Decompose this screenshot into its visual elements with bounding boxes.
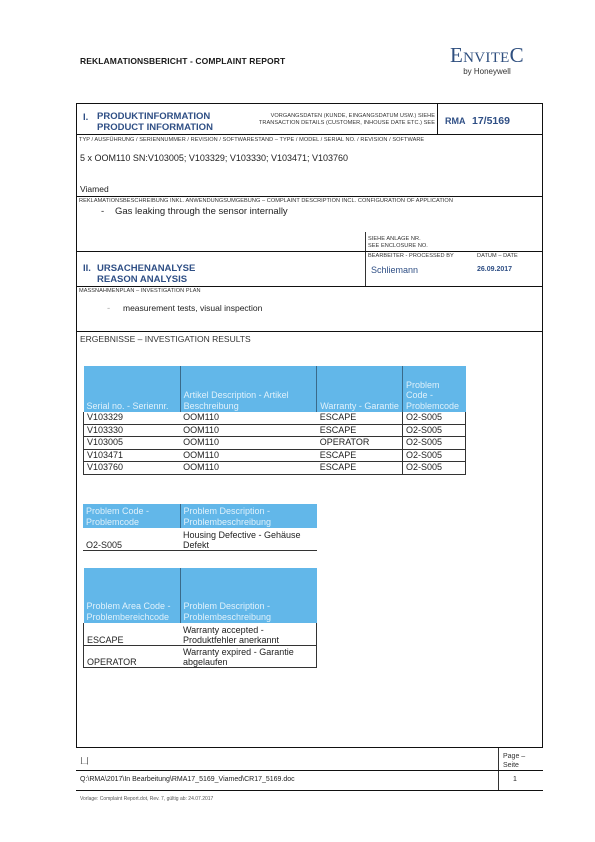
problem-area-header: Problem Area Code - Problembereichcode xyxy=(84,568,181,623)
problem-area-description-cell: Warranty expired - Garantie abgelaufen xyxy=(180,645,317,667)
divider xyxy=(77,331,542,332)
warranty-cell: ESCAPE xyxy=(317,462,403,475)
plan-label: MASSNAHMENPLAN – INVESTIGATION PLAN xyxy=(79,288,201,295)
problem-code-table: Problem Code - Problemcode Problem Descr… xyxy=(83,504,317,551)
problem-code-header-row: Problem Code - Problemcode Problem Descr… xyxy=(83,504,317,528)
problem-code-cell: O2-S005 xyxy=(403,437,466,450)
problem-area-description-cell: Warranty accepted - Produktfehler anerka… xyxy=(180,623,317,645)
problem-code-cell: O2-S005 xyxy=(403,412,466,424)
divider xyxy=(498,748,499,790)
footer-mark-icon: 凵 xyxy=(80,754,89,767)
section2-title-en: REASON ANALYSIS xyxy=(97,274,195,285)
file-path: Q:\RMA\2017\In Bearbeitung\RMA17_5169_Vi… xyxy=(80,776,295,783)
table-row: V103471 OOM110 ESCAPE O2-S005 xyxy=(84,449,466,462)
article-cell: OOM110 xyxy=(180,437,317,450)
problem-area-code-cell: ESCAPE xyxy=(84,623,181,645)
processed-by-value: Schliemann xyxy=(371,265,418,275)
article-cell: OOM110 xyxy=(180,424,317,437)
complaint-label: REKLAMATIONSBESCHREIBUNG INKL. ANWENDUNG… xyxy=(79,198,453,205)
problem-code-cell: O2-S005 xyxy=(83,528,180,550)
template-version: Vorlage: Complaint Report.dot, Rev. 7, g… xyxy=(80,796,213,802)
problem-area-table: Problem Area Code - Problembereichcode P… xyxy=(83,568,317,668)
section1-title: PRODUKTINFORMATION PRODUCT INFORMATION xyxy=(97,111,213,133)
divider xyxy=(77,196,542,197)
problem-area-code-cell: OPERATOR xyxy=(84,645,181,667)
serial-cell: V103471 xyxy=(84,449,181,462)
section2-number: II. xyxy=(83,263,91,274)
divider xyxy=(77,286,542,287)
warranty-cell: ESCAPE xyxy=(317,424,403,437)
table-row: V103760 OOM110 ESCAPE O2-S005 xyxy=(84,462,466,475)
problem-code-cell: O2-S005 xyxy=(403,462,466,475)
type-label: TYP / AUSFÜHRUNG / SERIENNUMMER / REVISI… xyxy=(79,137,424,144)
table-row: ESCAPE Warranty accepted - Produktfehler… xyxy=(84,623,317,645)
table-row: V103329 OOM110 ESCAPE O2-S005 xyxy=(84,412,466,424)
section2-title-de: URSACHENANALYSE xyxy=(97,263,195,274)
enclosure-label: SIEHE ANLAGE NR. SEE ENCLOSURE NO. xyxy=(368,236,428,250)
article-cell: OOM110 xyxy=(180,462,317,475)
rma-label: RMA xyxy=(445,116,466,126)
article-cell: OOM110 xyxy=(180,412,317,424)
transaction-details: VORGANGSDATEN (KUNDE, EINGANGSDATUM USW.… xyxy=(225,113,435,127)
section2-title: URSACHENANALYSE REASON ANALYSIS xyxy=(97,263,195,285)
divider xyxy=(76,790,543,791)
serial-cell: V103330 xyxy=(84,424,181,437)
logo-subtitle: by Honeywell xyxy=(437,67,537,76)
results-table: Serial no. - Seriennr. Artikel Descripti… xyxy=(83,366,466,475)
company-logo: EnviteC by Honeywell xyxy=(437,44,537,76)
page-number: 1 xyxy=(513,776,517,783)
results-header-row: Serial no. - Seriennr. Artikel Descripti… xyxy=(84,366,466,412)
results-header: Warranty - Garantie xyxy=(317,366,403,412)
section1-number: I. xyxy=(83,112,88,123)
plan-text: measurement tests, visual inspection xyxy=(123,303,262,313)
table-row: V103330 OOM110 ESCAPE O2-S005 xyxy=(84,424,466,437)
warranty-cell: ESCAPE xyxy=(317,412,403,424)
results-label: ERGEBNISSE – INVESTIGATION RESULTS xyxy=(80,334,251,344)
results-header: Artikel Description - Artikel Beschreibu… xyxy=(180,366,317,412)
page-label: Page – Seite xyxy=(503,752,543,770)
problem-area-header-row: Problem Area Code - Problembereichcode P… xyxy=(84,568,317,623)
problem-description-cell: Housing Defective - Gehäuse Defekt xyxy=(180,528,317,550)
date-value: 26.09.2017 xyxy=(477,266,512,273)
table-row: V103005 OOM110 OPERATOR O2-S005 xyxy=(84,437,466,450)
customer-name: Viamed xyxy=(80,184,109,194)
type-value: 5 x OOM110 SN:V103005; V103329; V103330;… xyxy=(80,153,348,163)
report-frame: I. PRODUKTINFORMATION PRODUCT INFORMATIO… xyxy=(76,103,543,748)
complaint-bullet: - xyxy=(101,206,104,217)
plan-bullet: - xyxy=(107,303,110,314)
section1-title-de: PRODUKTINFORMATION xyxy=(97,111,213,122)
logo-wordmark: EnviteC xyxy=(437,44,537,66)
problem-area-header: Problem Description - Problembeschreibun… xyxy=(180,568,317,623)
divider xyxy=(76,770,543,771)
results-header: Problem Code - Problemcode xyxy=(403,366,466,412)
enclosure-label-de: SIEHE ANLAGE NR. xyxy=(368,236,428,243)
problem-code-header: Problem Description - Problembeschreibun… xyxy=(180,504,317,528)
transaction-label-en: TRANSACTION DETAILS (CUSTOMER, INHOUSE D… xyxy=(225,120,435,127)
article-cell: OOM110 xyxy=(180,449,317,462)
processed-by-label: BEARBEITER - PROCESSED BY xyxy=(368,253,454,260)
enclosure-label-en: SEE ENCLOSURE NO. xyxy=(368,243,428,250)
results-header: Serial no. - Seriennr. xyxy=(84,366,181,412)
problem-code-cell: O2-S005 xyxy=(403,424,466,437)
rma-number: 17/5169 xyxy=(472,115,510,127)
warranty-cell: OPERATOR xyxy=(317,437,403,450)
warranty-cell: ESCAPE xyxy=(317,449,403,462)
serial-cell: V103760 xyxy=(84,462,181,475)
complaint-text: Gas leaking through the sensor internall… xyxy=(115,206,288,217)
section1-title-en: PRODUCT INFORMATION xyxy=(97,122,213,133)
transaction-label-de: VORGANGSDATEN (KUNDE, EINGANGSDATUM USW.… xyxy=(225,113,435,120)
divider xyxy=(437,104,438,134)
divider xyxy=(365,232,366,286)
divider xyxy=(77,251,542,252)
serial-cell: V103329 xyxy=(84,412,181,424)
table-row: O2-S005 Housing Defective - Gehäuse Defe… xyxy=(83,528,317,550)
problem-code-header: Problem Code - Problemcode xyxy=(83,504,180,528)
problem-code-cell: O2-S005 xyxy=(403,449,466,462)
serial-cell: V103005 xyxy=(84,437,181,450)
divider xyxy=(77,134,542,135)
table-row: OPERATOR Warranty expired - Garantie abg… xyxy=(84,645,317,667)
date-label: DATUM – DATE xyxy=(477,253,518,260)
report-title: REKLAMATIONSBERICHT - COMPLAINT REPORT xyxy=(80,56,285,66)
